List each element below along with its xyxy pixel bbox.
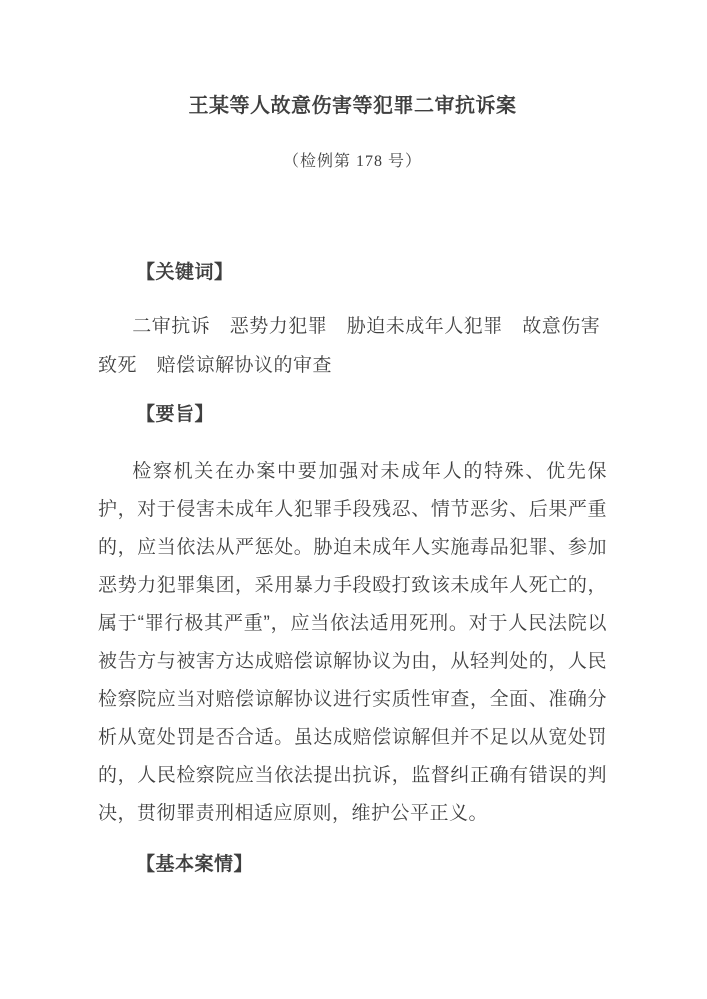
document-content: 王某等人故意伤害等犯罪二审抗诉案 （检例第 178 号） 【关键词】 二审抗诉 … [0, 0, 707, 879]
summary-paragraph: 检察机关在办案中要加强对未成年人的特殊、优先保护，对于侵害未成年人犯罪手段残忍、… [98, 453, 607, 833]
keywords-text: 二审抗诉 恶势力犯罪 胁迫未成年人犯罪 故意伤害致死 赔偿谅解协议的审查 [98, 307, 607, 385]
section-heading-facts: 【基本案情】 [98, 851, 607, 879]
section-heading-summary: 【要旨】 [98, 401, 607, 429]
document-page: 王某等人故意伤害等犯罪二审抗诉案 （检例第 178 号） 【关键词】 二审抗诉 … [0, 0, 707, 999]
case-number: （检例第 178 号） [98, 149, 607, 175]
case-title: 王某等人故意伤害等犯罪二审抗诉案 [98, 93, 607, 119]
section-heading-keywords: 【关键词】 [98, 259, 607, 287]
